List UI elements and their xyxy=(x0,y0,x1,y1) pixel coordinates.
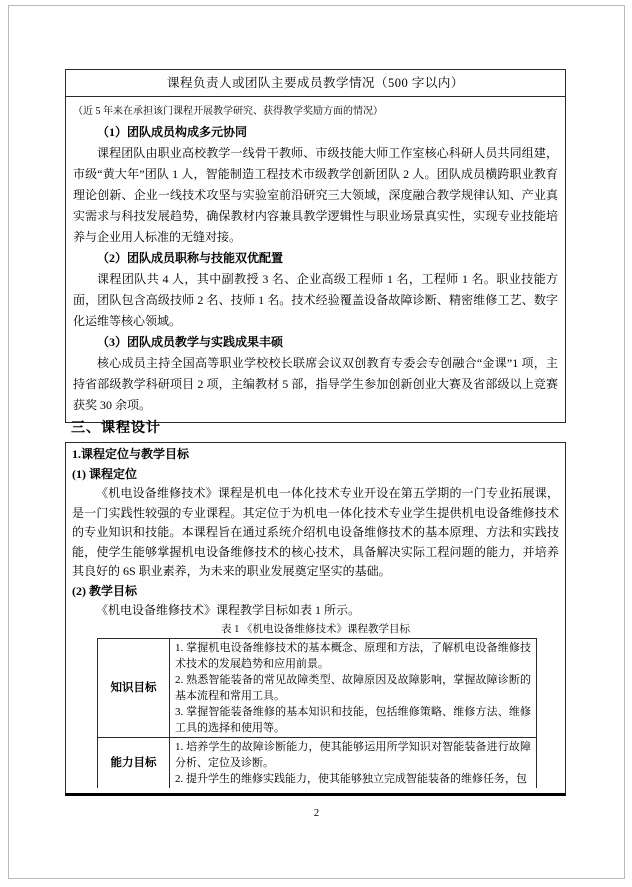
table-scope-note: （近 5 年来在承担该门课程开展教学研究、获得教学奖励方面的情况） xyxy=(73,101,558,122)
team-section-2-body: 课程团队共 4 人，其中副教授 3 名、企业高级工程师 1 名，工程师 1 名。… xyxy=(73,269,558,332)
table1-caption: 表 1 《机电设备维修技术》课程教学目标 xyxy=(72,621,559,638)
ability-objectives-label: 能力目标 xyxy=(98,738,170,788)
table-row: 知识目标 1. 掌握机电设备维修技术的基本概念、原理和方法，了解机电设备维修技术… xyxy=(98,639,536,737)
course-design-box: 1.课程定位与教学目标 (1) 课程定位 《机电设备维修技术》课程是机电一体化技… xyxy=(65,442,566,796)
objectives-table: 知识目标 1. 掌握机电设备维修技术的基本概念、原理和方法，了解机电设备维修技术… xyxy=(97,638,537,788)
team-section-1-heading: （1）团队成员构成多元协同 xyxy=(73,122,558,143)
design-heading-1: 1.课程定位与教学目标 xyxy=(72,445,559,465)
ability-objective-item: 2. 提升学生的维修实践能力，使其能够独立完成智能装备的维修任务，包 xyxy=(175,771,531,787)
table-row: 能力目标 1. 培养学生的故障诊断能力，使其能够运用所学知识对智能装备进行故障分… xyxy=(98,737,536,788)
teaching-situation-body: （近 5 年来在承担该门课程开展教学研究、获得教学奖励方面的情况） （1）团队成… xyxy=(66,97,565,422)
teaching-situation-title: 课程负责人或团队主要成员教学情况（500 字以内） xyxy=(66,70,565,97)
teaching-situation-table: 课程负责人或团队主要成员教学情况（500 字以内） （近 5 年来在承担该门课程… xyxy=(65,69,566,423)
knowledge-objective-item: 2. 熟悉智能装备的常见故障类型、故障原因及故障影响，掌握故障诊断的基本流程和常… xyxy=(175,672,531,704)
knowledge-objective-item: 3. 掌握智能装备维修的基本知识和技能，包括维修策略、维修方法、维修工具的选择和… xyxy=(175,704,531,736)
document-page: 课程负责人或团队主要成员教学情况（500 字以内） （近 5 年来在承担该门课程… xyxy=(8,5,625,879)
team-section-1-body: 课程团队由职业高校教学一线骨干教师、市级技能大师工作室核心科研人员共同组建，市级… xyxy=(73,143,558,248)
knowledge-objectives-content: 1. 掌握机电设备维修技术的基本概念、原理和方法，了解机电设备维修技术技术的发展… xyxy=(170,639,536,737)
ability-objectives-content: 1. 培养学生的故障诊断能力，使其能够运用所学知识对智能装备进行故障分析、定位及… xyxy=(170,738,536,788)
team-section-2-heading: （2）团队成员职称与技能双优配置 xyxy=(73,248,558,269)
course-positioning-body: 《机电设备维修技术》课程是机电一体化技术专业开设在第五学期的一门专业拓展课，是一… xyxy=(72,484,559,582)
teaching-objectives-heading: (2) 教学目标 xyxy=(72,582,559,602)
course-design-section-heading: 三、课程设计 xyxy=(71,417,161,437)
team-section-3-heading: （3）团队成员教学与实践成果丰硕 xyxy=(73,332,558,353)
course-positioning-heading: (1) 课程定位 xyxy=(72,465,559,485)
team-section-3-body: 核心成员主持全国高等职业学校校长联席会议双创教育专委会专创融合“金课”1 项，主… xyxy=(73,353,558,416)
page-number: 2 xyxy=(9,808,624,819)
teaching-objectives-body: 《机电设备维修技术》课程教学目标如表 1 所示。 xyxy=(72,601,559,621)
knowledge-objective-item: 1. 掌握机电设备维修技术的基本概念、原理和方法，了解机电设备维修技术技术的发展… xyxy=(175,640,531,672)
knowledge-objectives-label: 知识目标 xyxy=(98,639,170,737)
ability-objective-item: 1. 培养学生的故障诊断能力，使其能够运用所学知识对智能装备进行故障分析、定位及… xyxy=(175,739,531,771)
